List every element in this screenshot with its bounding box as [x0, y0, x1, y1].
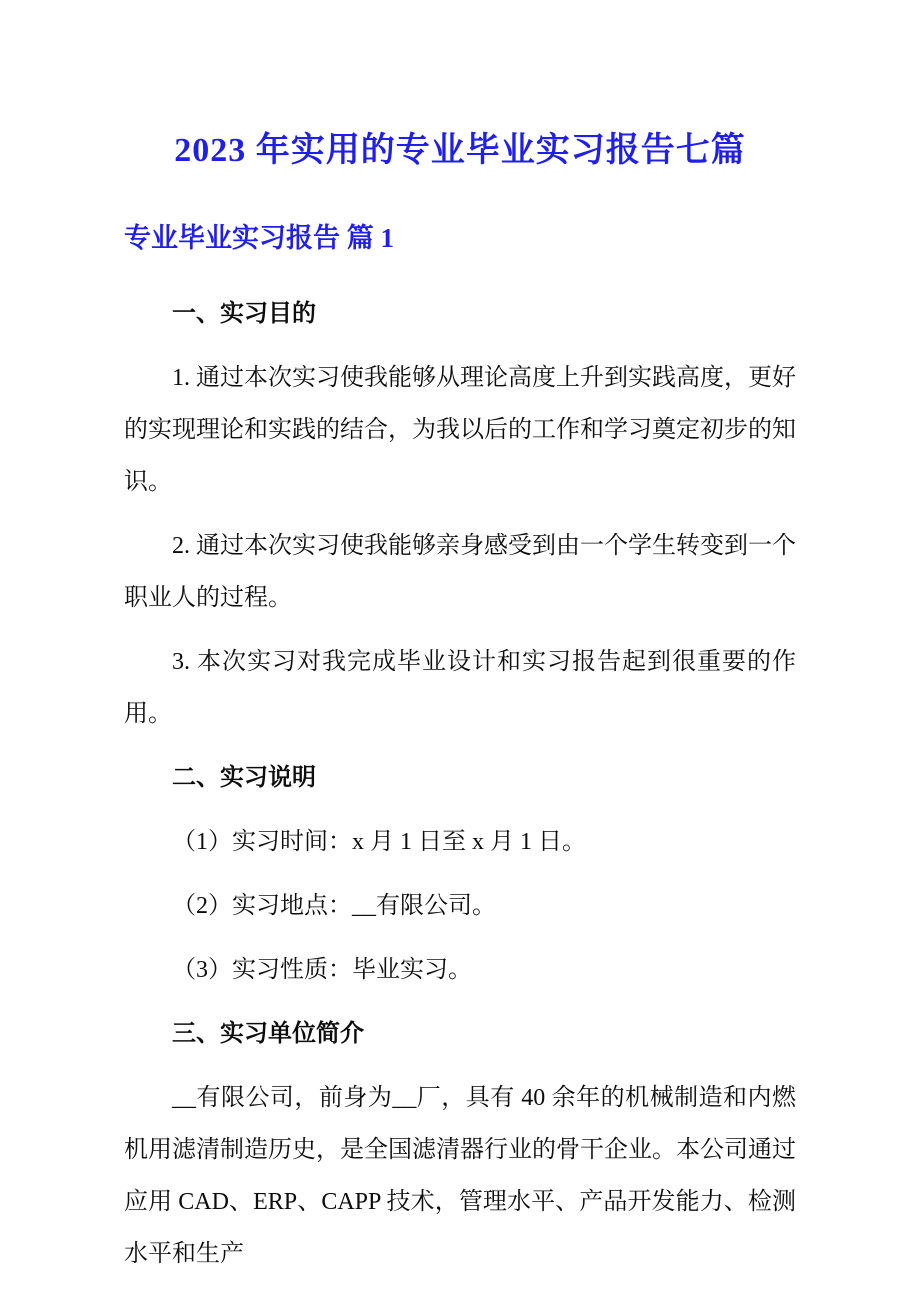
section-heading: 一、实习目的 — [124, 288, 796, 340]
paragraph: 1. 通过本次实习使我能够从理论高度上升到实践高度，更好的实现理论和实践的结合，… — [124, 352, 796, 508]
section-company-profile: 三、实习单位简介 __有限公司，前身为__厂，具有 40 余年的机械制造和内燃机… — [124, 1008, 796, 1280]
section-internship-description: 二、实习说明 （1）实习时间：x 月 1 日至 x 月 1 日。 （2）实习地点… — [124, 752, 796, 996]
document-page: 2023 年实用的专业毕业实习报告七篇 专业毕业实习报告 篇 1 一、实习目的 … — [0, 0, 920, 1302]
paragraph: __有限公司，前身为__厂，具有 40 余年的机械制造和内燃机用滤清制造历史，是… — [124, 1072, 796, 1280]
document-title: 2023 年实用的专业毕业实习报告七篇 — [124, 126, 796, 175]
section-heading: 二、实习说明 — [124, 752, 796, 804]
paragraph: （3）实习性质：毕业实习。 — [124, 944, 796, 996]
section-heading: 三、实习单位简介 — [124, 1008, 796, 1060]
chapter-heading: 专业毕业实习报告 篇 1 — [124, 221, 796, 256]
paragraph: （1）实习时间：x 月 1 日至 x 月 1 日。 — [124, 816, 796, 868]
paragraph: （2）实习地点：__有限公司。 — [124, 880, 796, 932]
paragraph: 3. 本次实习对我完成毕业设计和实习报告起到很重要的作用。 — [124, 636, 796, 740]
section-internship-purpose: 一、实习目的 1. 通过本次实习使我能够从理论高度上升到实践高度，更好的实现理论… — [124, 288, 796, 740]
paragraph: 2. 通过本次实习使我能够亲身感受到由一个学生转变到一个职业人的过程。 — [124, 520, 796, 624]
